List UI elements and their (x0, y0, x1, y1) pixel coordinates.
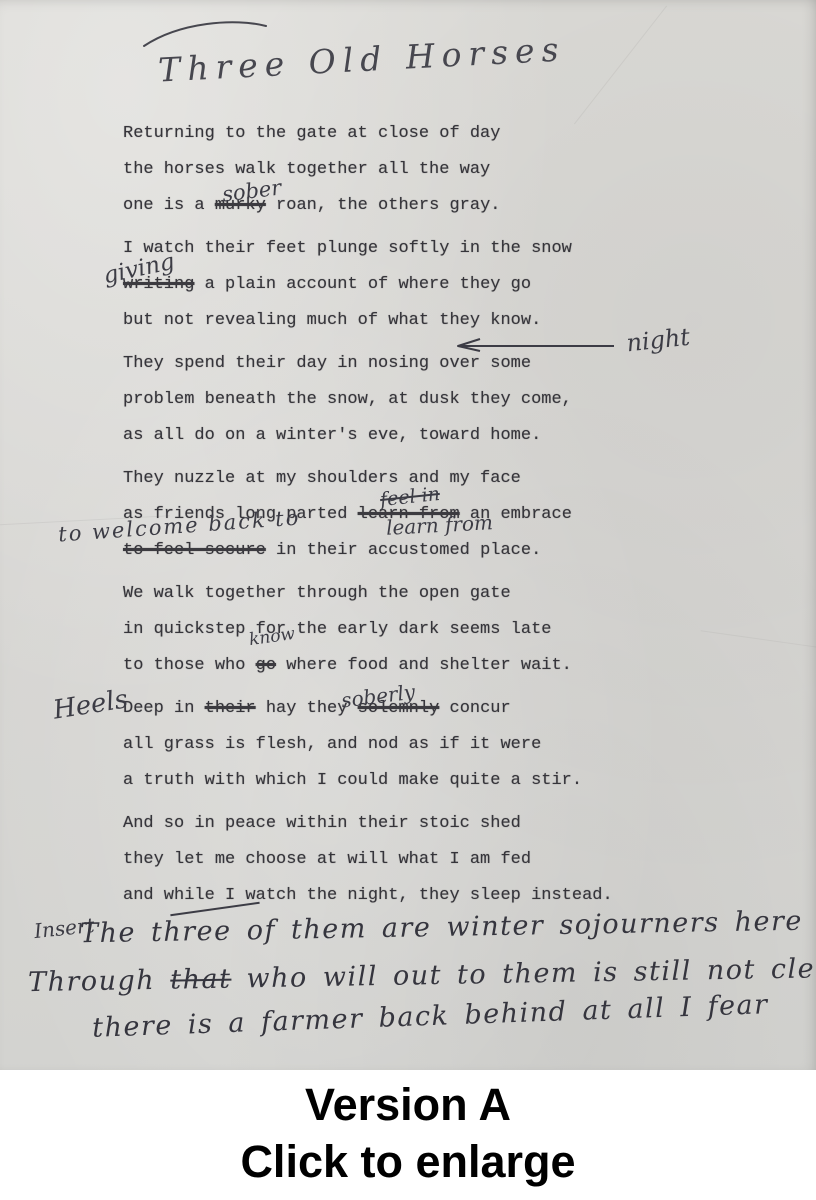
poem-line: a truth with which I could make quite a … (123, 763, 613, 799)
stanza: They spend their day in nosing over some… (123, 346, 613, 454)
version-label: Version A (0, 1076, 816, 1133)
poem-line: but not revealing much of what they know… (123, 303, 613, 339)
stanza: We walk together through the open gatein… (123, 576, 613, 684)
manuscript-scan[interactable]: Three Old Horses Returning to the gate a… (0, 0, 816, 1070)
enlarge-caption[interactable]: Version A Click to enlarge (0, 1070, 816, 1200)
poem-line: to those who go where food and shelter w… (123, 648, 613, 684)
stanza: Returning to the gate at close of daythe… (123, 116, 613, 224)
poem-line: They nuzzle at my shoulders and my face (123, 461, 613, 497)
page: Three Old Horses Returning to the gate a… (0, 0, 816, 1200)
poem-line: they let me choose at will what I am fed (123, 842, 613, 878)
poem-line: writing a plain account of where they go (123, 267, 613, 303)
handwritten-title: Three Old Horses (157, 29, 566, 89)
annotation-margin-heels: Heels (51, 684, 130, 725)
poem-line: problem beneath the snow, at dusk they c… (123, 382, 613, 418)
poem-line: in quickstep for the early dark seems la… (123, 612, 613, 648)
poem-line: as friends long parted learn from an emb… (123, 497, 613, 533)
title-flourish-stroke (140, 16, 270, 50)
poem-line: And so in peace within their stoic shed (123, 806, 613, 842)
stanza: I watch their feet plunge softly in the … (123, 231, 613, 339)
paper-crease (701, 630, 816, 650)
insert-line-2: Through that who will out to them is sti… (28, 953, 816, 998)
stanza: Deep in their hay they solemnly concural… (123, 691, 613, 799)
stanza: They nuzzle at my shoulders and my facea… (123, 461, 613, 569)
poem-line: to feel secure in their accustomed place… (123, 533, 613, 569)
poem-line: all grass is flesh, and nod as if it wer… (123, 727, 613, 763)
poem-line: Deep in their hay they solemnly concur (123, 691, 613, 727)
poem-line: They spend their day in nosing over some (123, 346, 613, 382)
poem-line: as all do on a winter's eve, toward home… (123, 418, 613, 454)
annotation-night-word: night (625, 323, 691, 357)
poem-line: the horses walk together all the way (123, 152, 613, 188)
poem-line: We walk together through the open gate (123, 576, 613, 612)
paper-crease (574, 6, 667, 125)
click-to-enlarge-label: Click to enlarge (0, 1133, 816, 1190)
poem-line: Returning to the gate at close of day (123, 116, 613, 152)
typed-poem: Returning to the gate at close of daythe… (123, 116, 613, 921)
insert-label: Insert (33, 913, 96, 943)
poem-line: one is a murky roan, the others gray. (123, 188, 613, 224)
poem-line: and while I watch the night, they sleep … (123, 878, 613, 914)
insert-line-3: there is a farmer back behind at all I f… (92, 989, 769, 1044)
stanza: And so in peace within their stoic shedt… (123, 806, 613, 914)
poem-line: I watch their feet plunge softly in the … (123, 231, 613, 267)
